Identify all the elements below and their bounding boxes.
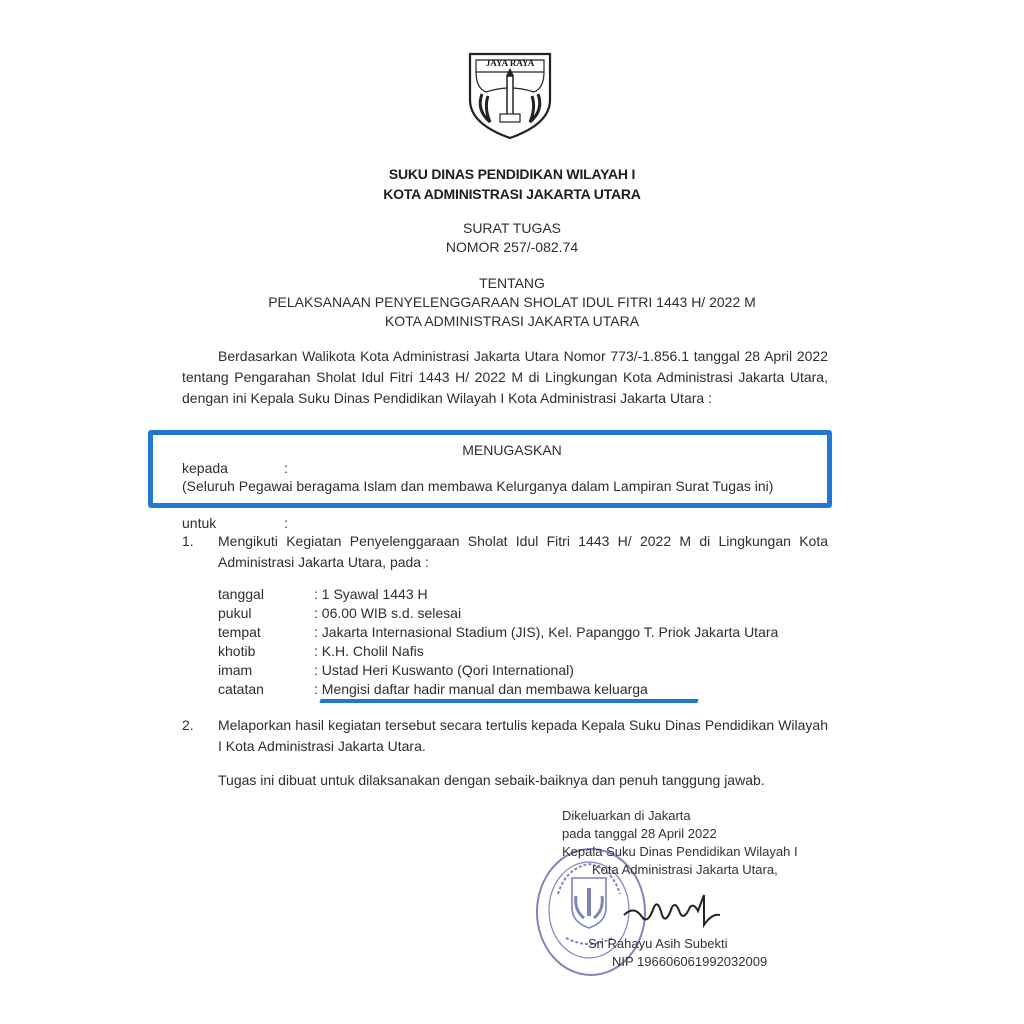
issued-date: pada tanggal 28 April 2022 [562,825,717,843]
detail-key: tanggal [218,585,264,603]
detail-key: imam [218,661,252,679]
subject-line2: KOTA ADMINISTRASI JAKARTA UTARA [0,313,1024,329]
handwritten-signature-icon [620,885,730,935]
detail-key: khotib [218,642,255,660]
detail-key: pukul [218,604,251,622]
highlight-underline [319,699,698,703]
detail-value: : 06.00 WIB s.d. selesai [314,604,461,622]
issued-place: Dikeluarkan di Jakarta [562,807,691,825]
item-text: Melaporkan hasil kegiatan tersebut secar… [218,715,828,757]
doc-number: NOMOR 257/-082.74 [0,239,1024,255]
item-text: Mengikuti Kegiatan Penyelenggaraan Shola… [218,531,828,573]
subject-line1: PELAKSANAAN PENYELENGGARAAN SHOLAT IDUL … [0,294,1024,310]
preamble: Berdasarkan Walikota Kota Administrasi J… [182,346,828,409]
detail-key: tempat [218,623,261,641]
doc-type: SURAT TUGAS [0,220,1024,236]
item-number: 1. [182,533,194,549]
signer-position: Kepala Suku Dinas Pendidikan Wilayah I [562,843,798,861]
item-number: 2. [182,717,194,733]
detail-value: : Jakarta Internasional Stadium (JIS), K… [314,623,778,641]
assignment-recipients: (Seluruh Pegawai beragama Islam dan memb… [182,478,773,494]
closing-statement: Tugas ini dibuat untuk dilaksanakan deng… [218,772,765,788]
detail-key: catatan [218,680,264,698]
jakarta-logo: JAYA RAYA [462,48,558,140]
signer-name: Sri Rahayu Asih Subekti [588,935,727,953]
detail-value: : Ustad Heri Kuswanto (Qori Internationa… [314,661,574,679]
detail-value: : 1 Syawal 1443 H [314,585,428,603]
assignment-to-colon: : [284,460,288,476]
signer-office: Kota Administrasi Jakarta Utara, [592,861,778,879]
purpose-label: untuk [182,515,216,531]
purpose-colon: : [284,515,288,531]
assignment-to-label: kepada [182,460,228,476]
subject-label: TENTANG [0,275,1024,291]
detail-value: : Mengisi daftar hadir manual dan membaw… [314,680,648,698]
header-agency: SUKU DINAS PENDIDIKAN WILAYAH I [0,166,1024,182]
header-city: KOTA ADMINISTRASI JAKARTA UTARA [0,186,1024,202]
detail-value: : K.H. Cholil Nafis [314,642,424,660]
logo-motto: JAYA RAYA [476,58,544,68]
assignment-heading: MENUGASKAN [0,442,1024,458]
signer-nip: NIP 196606061992032009 [612,953,767,971]
